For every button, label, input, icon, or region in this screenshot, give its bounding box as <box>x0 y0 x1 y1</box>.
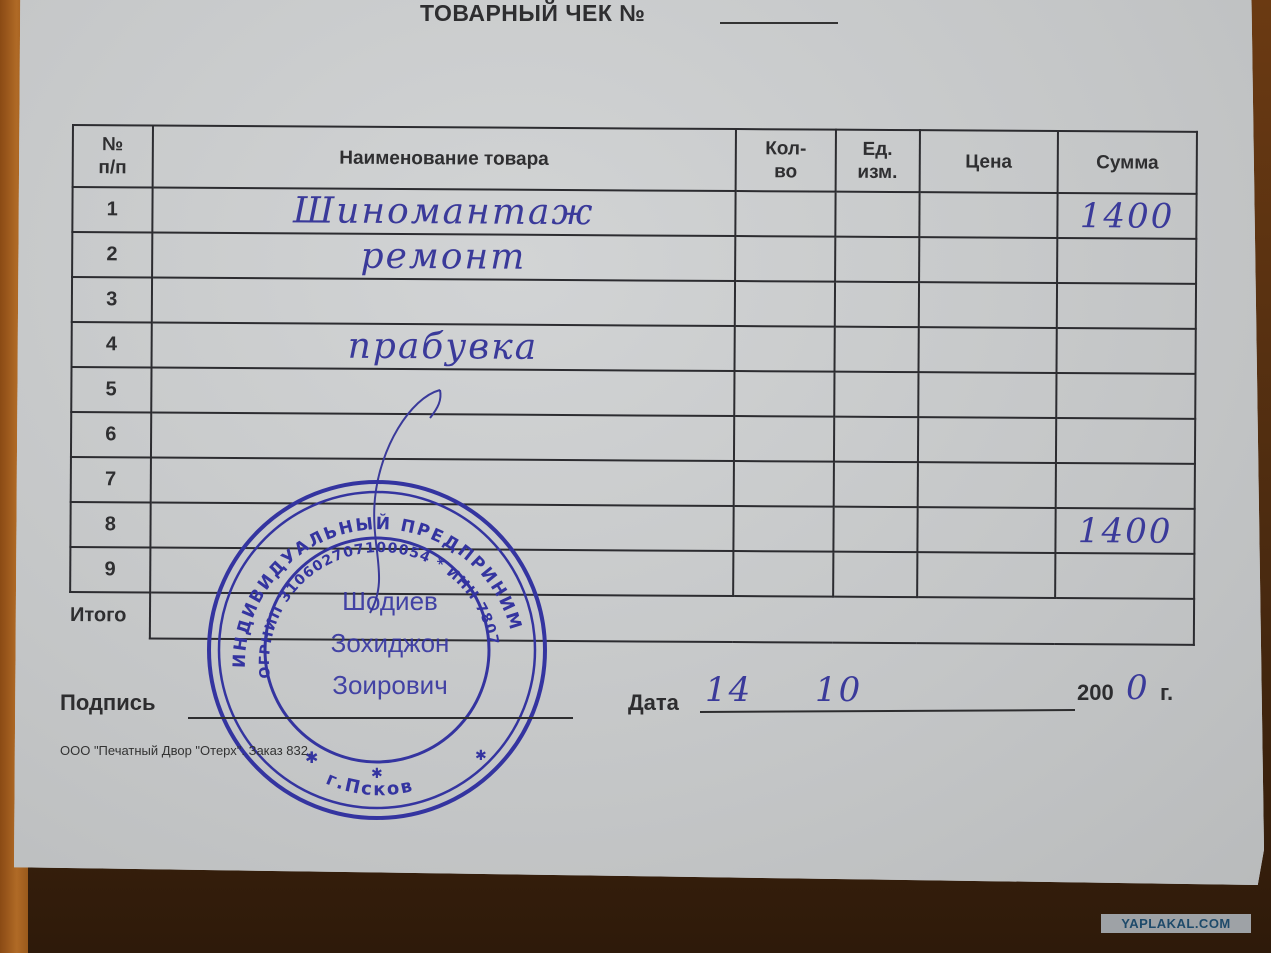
total-row: Итого <box>70 592 1194 645</box>
item-qty <box>733 551 833 597</box>
item-sum <box>1056 418 1195 464</box>
item-qty <box>734 461 834 507</box>
date-month: 10 <box>815 670 862 710</box>
signature-line <box>188 717 573 719</box>
table-row: 3 <box>72 277 1196 329</box>
table-row: 2ремонт <box>72 232 1196 284</box>
item-unit <box>834 462 918 508</box>
row-number: 1 <box>72 187 152 232</box>
receipt-table: № п/п Наименование товара Кол- во Ед. из… <box>69 124 1198 646</box>
item-name <box>151 367 735 416</box>
item-qty <box>734 371 834 417</box>
item-sum: 1400 <box>1056 508 1195 554</box>
item-unit <box>835 237 919 283</box>
item-unit <box>833 507 917 553</box>
item-name: прабувка <box>151 322 735 371</box>
item-unit <box>833 552 917 598</box>
item-sum <box>1055 553 1194 599</box>
item-qty <box>734 416 834 462</box>
item-sum: 1400 <box>1058 193 1197 239</box>
row-number: 9 <box>70 547 150 592</box>
stamp-name-line: Зохиджон <box>290 622 490 664</box>
item-qty <box>735 236 835 282</box>
item-price <box>917 417 1056 463</box>
item-unit <box>835 192 919 238</box>
row-number: 8 <box>70 502 150 547</box>
header-price: Цена <box>919 130 1058 193</box>
item-price <box>919 237 1058 283</box>
item-price <box>919 192 1058 238</box>
table-header-row: № п/п Наименование товара Кол- во Ед. из… <box>73 125 1197 194</box>
date-day: 14 <box>705 670 752 710</box>
row-number: 6 <box>71 412 151 457</box>
header-unit: Ед. изм. <box>836 130 920 193</box>
printer-imprint: ООО "Печатный Двор "Отерх". Заказ 832. <box>60 743 312 758</box>
table-row: 6 <box>71 412 1195 464</box>
stamp-name-line: Зоирович <box>290 664 490 706</box>
table-row: 4прабувка <box>72 322 1196 374</box>
item-qty <box>735 191 835 237</box>
total-label: Итого <box>70 592 150 638</box>
table-row: 1Шиномантаж1400 <box>72 187 1196 239</box>
stamp-name-line: Шодиев <box>290 580 490 622</box>
table-row: 7 <box>71 457 1195 509</box>
stamp-name: Шодиев Зохиджон Зоирович <box>290 580 490 706</box>
year-prefix: 200 <box>1077 680 1114 706</box>
item-sum <box>1057 238 1196 284</box>
year-digit: 0 <box>1126 668 1150 708</box>
item-name <box>150 502 734 551</box>
header-qty: Кол- во <box>736 129 836 192</box>
year-suffix: г. <box>1160 680 1173 706</box>
item-unit <box>834 327 918 373</box>
header-sum: Сумма <box>1058 131 1197 194</box>
item-qty <box>735 281 835 327</box>
item-price <box>918 327 1057 373</box>
item-sum <box>1057 328 1196 374</box>
item-qty <box>733 506 833 552</box>
row-number: 7 <box>71 457 151 502</box>
item-sum <box>1056 373 1195 419</box>
table-row: 81400 <box>70 502 1194 554</box>
document-title: ТОВАРНЫЙ ЧЕК № <box>420 0 645 27</box>
item-price <box>918 372 1057 418</box>
item-name <box>151 277 735 326</box>
row-number: 2 <box>72 232 152 277</box>
date-label: Дата <box>628 690 679 716</box>
watermark: YAPLAKAL.COM <box>1101 914 1251 933</box>
item-price <box>917 507 1056 553</box>
table-row: 9 <box>70 547 1194 599</box>
receipt-number-line <box>720 22 838 24</box>
item-unit <box>835 282 919 328</box>
item-name <box>151 412 735 461</box>
signature-label: Подпись <box>60 690 156 716</box>
item-name: Шиномантаж <box>152 187 736 236</box>
item-sum <box>1057 283 1196 329</box>
item-price <box>917 462 1056 508</box>
row-number: 5 <box>71 367 151 412</box>
item-name: ремонт <box>152 232 736 281</box>
item-unit <box>834 417 918 463</box>
item-price <box>918 282 1057 328</box>
item-sum <box>1056 463 1195 509</box>
item-unit <box>834 372 918 418</box>
row-number: 3 <box>72 277 152 322</box>
item-name <box>150 457 734 506</box>
item-qty <box>734 326 834 372</box>
item-price <box>917 552 1056 598</box>
header-name: Наименование товара <box>152 125 736 191</box>
table-row: 5 <box>71 367 1195 419</box>
header-num: № п/п <box>73 125 153 187</box>
row-number: 4 <box>72 322 152 367</box>
